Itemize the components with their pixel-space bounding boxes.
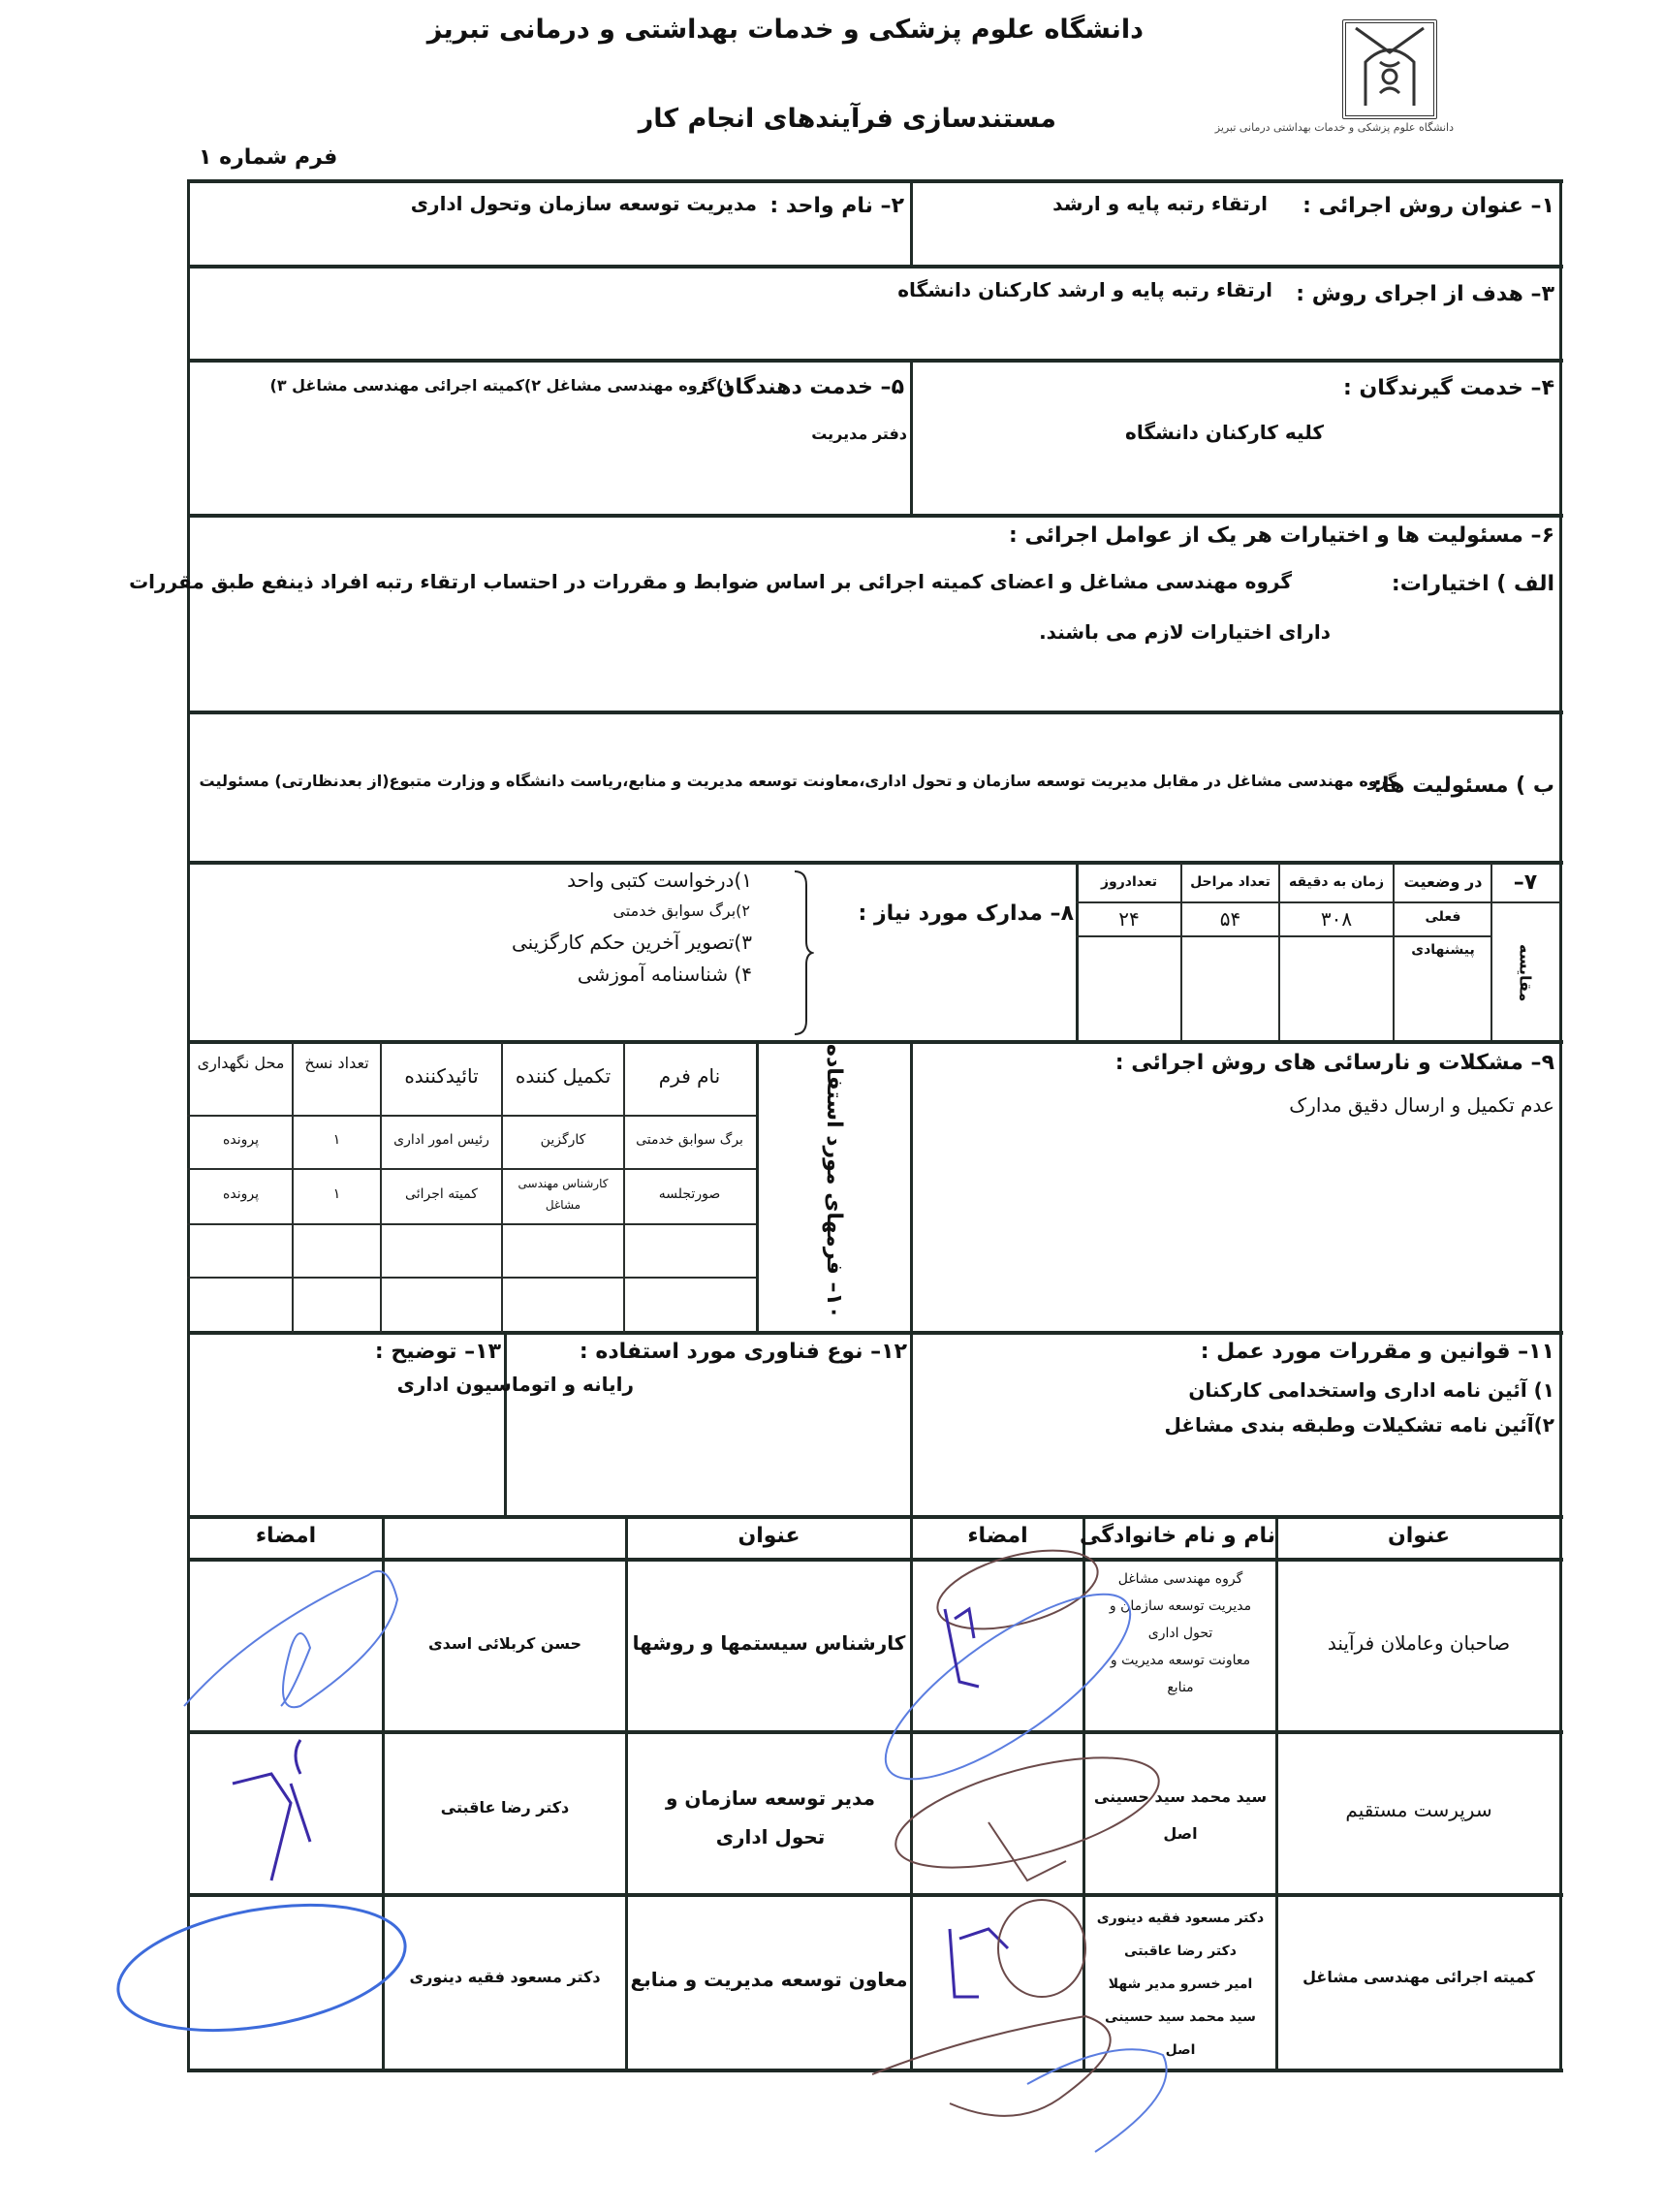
- section4-label: ۴– خدمت گیرندگان :: [1343, 376, 1554, 400]
- row-current-steps[interactable]: ۵۴: [1182, 907, 1278, 931]
- divider: [910, 1042, 913, 1335]
- form-row-1-name[interactable]: برگ سوابق خدمتی: [625, 1132, 754, 1148]
- signoff-right-row-1-title: صاحبان وعاملان فرآیند: [1278, 1631, 1559, 1655]
- form-row-1-copies[interactable]: ۱: [294, 1132, 380, 1148]
- row-current-days[interactable]: ۲۴: [1078, 907, 1180, 931]
- divider: [910, 1333, 913, 1517]
- authority-label: الف ) اختیارات:: [1392, 572, 1554, 596]
- divider: [187, 1558, 1563, 1562]
- col-copies: تعداد نسخ: [294, 1047, 380, 1080]
- divider: [187, 1893, 1563, 1897]
- law-1[interactable]: ۱) آئین نامه اداری واستخدامی کارکنان: [1188, 1378, 1554, 1402]
- required-doc-4[interactable]: ۴) شناسنامه آموزشی: [578, 963, 752, 986]
- document-title: مستندسازی فرآیندهای انجام کار: [639, 104, 1056, 134]
- signoff-left-row-2-title: مدیر توسعه سازمان و تحول اداری: [640, 1779, 901, 1856]
- row-current-minutes[interactable]: ۳۰۸: [1280, 907, 1393, 931]
- signoff-header-title-left: عنوان: [628, 1524, 910, 1548]
- section1-label: ۱– عنوان روش اجرائی :: [1302, 194, 1554, 218]
- divider: [910, 359, 913, 516]
- section3-value[interactable]: ارتقاء رتبه پایه و ارشد کارکنان دانشگاه: [897, 278, 1272, 301]
- signoff-header-signature-left: امضاء: [190, 1524, 382, 1548]
- name-line: دکتر مسعود فقیه دینوری: [1085, 1902, 1275, 1935]
- signoff-left-row-2-name: دکتر رضا عاقبتی: [385, 1798, 625, 1817]
- signoff-left-row-1-name: حسن کربلائی اسدی: [385, 1634, 625, 1653]
- section9-label: ۹– مشکلات و نارسائی های روش اجرائی :: [1115, 1051, 1554, 1075]
- name-line: اصل: [1085, 1816, 1275, 1852]
- divider: [504, 1333, 507, 1517]
- name-line: سید محمد سید حسینی: [1085, 1779, 1275, 1816]
- university-logo: [1342, 19, 1437, 119]
- col-filler: تکمیل کننده: [503, 1064, 623, 1088]
- section7-number: ۷–: [1492, 870, 1558, 895]
- form-row-1-approver[interactable]: رئیس امور اداری: [382, 1132, 501, 1148]
- required-doc-3[interactable]: ۳)تصویر آخرین حکم کارگزینی: [512, 931, 752, 954]
- signoff-right-row-1-names: گروه مهندسی مشاغل مدیریت توسعه سازمان و …: [1085, 1565, 1275, 1701]
- law-2[interactable]: ۲)آئین نامه تشکیلات وطبقه بندی مشاغل: [1165, 1413, 1554, 1437]
- frame-right: [1559, 179, 1562, 2072]
- name-line: گروه مهندسی مشاغل: [1085, 1565, 1275, 1593]
- signoff-right-row-2-title: سرپرست مستقیم: [1278, 1798, 1559, 1821]
- name-line: معاونت توسعه مدیریت و: [1085, 1647, 1275, 1674]
- bracket-icon: [793, 868, 814, 1037]
- logo-emblem-icon: [1346, 23, 1433, 115]
- name-line: مدیریت توسعه سازمان و: [1085, 1593, 1275, 1620]
- authority-text-2[interactable]: دارای اختیارات لازم می باشند.: [1039, 620, 1331, 644]
- divider: [187, 1040, 1563, 1044]
- signoff-left-row-1-title: کارشناس سیستمها و روشها: [628, 1631, 910, 1655]
- divider: [187, 861, 1563, 865]
- section6-label: ۶– مسئولیت ها و اختیارات هر یک از عوامل …: [1009, 523, 1554, 548]
- divider: [187, 265, 1563, 269]
- divider: [187, 359, 1563, 363]
- name-line: امیر خسرو مدیر شهلا: [1085, 1968, 1275, 2001]
- signoff-header-title-right: عنوان: [1278, 1524, 1559, 1548]
- col-minutes: زمان به دقیقه: [1280, 874, 1393, 890]
- signoff-left-row-3-title: معاون توسعه مدیریت و منابع: [628, 1968, 910, 1991]
- section8-label: ۸– مدارک مورد نیاز :: [859, 901, 1074, 926]
- frame-bottom: [187, 2069, 1563, 2072]
- section12-label: ۱۲– نوع فناوری مورد استفاده :: [580, 1340, 907, 1364]
- row-proposed-status: پیشنهادی: [1396, 942, 1490, 958]
- comparison-label: مقایسه: [1492, 906, 1558, 1040]
- name-line: دکتر رضا عاقبتی: [1085, 1935, 1275, 1968]
- signoff-right-row-2-names: سید محمد سید حسینی اصل: [1085, 1779, 1275, 1852]
- form-row-1-filler[interactable]: کارگزین: [503, 1132, 623, 1148]
- form-row-2-approver[interactable]: کمیته اجرائی: [382, 1186, 501, 1202]
- name-line: تحول اداری: [1085, 1620, 1275, 1647]
- divider: [187, 1730, 1563, 1734]
- logo-caption: دانشگاه علوم پزشکی و خدمات بهداشتی درمان…: [1318, 121, 1454, 134]
- required-doc-2[interactable]: ۲)برگ سوابق خدمتی: [612, 901, 750, 920]
- section2-label: ۲– نام واحد :: [769, 194, 904, 218]
- section2-value[interactable]: مدیریت توسعه سازمان وتحول اداری: [411, 192, 757, 215]
- section5-line2[interactable]: دفتر مدیریت: [811, 425, 907, 443]
- name-line: منابع: [1085, 1674, 1275, 1701]
- col-status: در وضعیت: [1396, 872, 1490, 891]
- divider: [187, 1331, 1563, 1335]
- form-number: فرم شماره ۱: [199, 145, 337, 170]
- form-row-2-filler[interactable]: کارشناس مهندسی مشاغل: [503, 1173, 623, 1216]
- signature-icon: [184, 1571, 397, 1707]
- name-line: اصل: [1085, 2034, 1275, 2067]
- section3-label: ۳– هدف از اجرای روش :: [1296, 282, 1554, 306]
- row-current-status: فعلی: [1396, 909, 1490, 925]
- col-location: محل نگهداری: [190, 1047, 292, 1080]
- section12-value[interactable]: رایانه و اتوماسیون اداری: [397, 1373, 634, 1396]
- section11-label: ۱۱– قوانین و مقررات مورد عمل :: [1201, 1340, 1554, 1364]
- divider: [910, 179, 913, 267]
- divider: [187, 711, 1563, 714]
- form-row-2-copies[interactable]: ۱: [294, 1186, 380, 1202]
- col-approver: تائیدکننده: [382, 1064, 501, 1088]
- col-steps: تعداد مراحل: [1182, 874, 1278, 890]
- col-form-name: نام فرم: [625, 1064, 754, 1088]
- frame-top: [187, 179, 1563, 183]
- section1-value[interactable]: ارتقاء رتبه پایه و ارشد: [1052, 192, 1268, 215]
- name-line: سید محمد سید حسینی: [1085, 2001, 1275, 2034]
- signoff-right-row-3-names: دکتر مسعود فقیه دینوری دکتر رضا عاقبتی ا…: [1085, 1902, 1275, 2067]
- divider: [187, 1515, 1563, 1519]
- responsibility-label: ب ) مسئولیت ها:: [1373, 774, 1554, 798]
- university-name: دانشگاه علوم پزشکی و خدمات بهداشتی و درم…: [427, 15, 1144, 45]
- signoff-header-name: نام و نام خانوادگی: [1085, 1524, 1275, 1548]
- signoff-right-row-3-title: کمیته اجرائی مهندسی مشاغل: [1278, 1968, 1559, 1986]
- required-doc-1[interactable]: ۱)درخواست کتبی واحد: [567, 869, 752, 892]
- form-row-2-location[interactable]: پرونده: [190, 1186, 292, 1202]
- form-row-1-location[interactable]: پرونده: [190, 1132, 292, 1148]
- authority-text-1[interactable]: گروه مهندسی مشاغل و اعضای کمیته اجرائی ب…: [129, 570, 1292, 593]
- form-row-2-name[interactable]: صورتجلسه: [625, 1186, 754, 1202]
- signoff-header-signature-right: امضاء: [913, 1524, 1083, 1548]
- frame-left: [187, 179, 190, 2072]
- section10-label: ۱۰– فرمهای مورد استفاده: [758, 1066, 910, 1318]
- divider: [187, 514, 1563, 518]
- section5-line1[interactable]: ۱)گروه مهندسی مشاغل ۲)کمیته اجرائی مهندس…: [270, 376, 733, 395]
- col-days: تعدادروز: [1078, 874, 1180, 890]
- section13-label: ۱۳– توضیح :: [375, 1340, 501, 1364]
- section9-value[interactable]: عدم تکمیل و ارسال دقیق مدارک: [1289, 1093, 1554, 1117]
- signoff-left-row-3-name: دکتر مسعود فقیه دینوری: [385, 1968, 625, 1986]
- section4-value[interactable]: کلیه کارکنان دانشگاه: [1125, 421, 1324, 444]
- responsibility-text[interactable]: گروه مهندسی مشاغل در مقابل مدیریت توسعه …: [200, 772, 1396, 790]
